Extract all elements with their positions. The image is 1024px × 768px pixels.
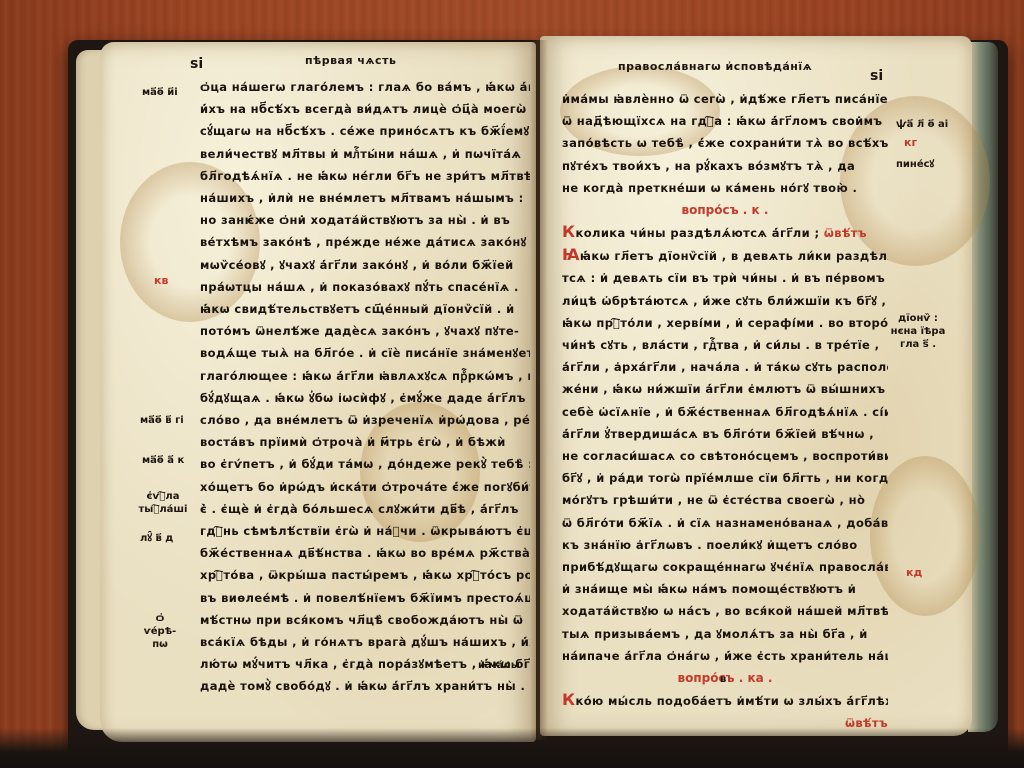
text-line: бг҃ꙋ , и҆ ра́ди тогѡ̀ прїе́млше сїи бл҃г… [562, 467, 888, 489]
margin-reference: ѻ҆ ѵе́рѣ- пѡ [140, 612, 180, 651]
text-line: пꙋте́хъ твои́хъ , на рꙋ́кахъ во́змꙋтъ тѧ… [562, 155, 888, 177]
text-line: на́шихъ , и҆лѝ не вне́млетъ мл҃твамъ на́… [200, 187, 530, 209]
margin-reference: ма҃ѳ҃ а҃ к [142, 454, 184, 467]
text-line: бл҃годѣѧ́нїѧ . не ꙗ҆́кѡ не́гли бг҃ъ не з… [200, 165, 530, 187]
text-line: глаго́лющее : ꙗ҆́кѡ а҆́гг҃ли ꙗ҆влѧхꙋсѧ п… [200, 365, 530, 387]
text-line: и҆ма́мы ꙗ҆влѐнно ѿ сегѡ̀ , и҆дѣ́же гл҃ет… [562, 88, 888, 110]
text-line: дадѐ томꙋ̀ свобо́дꙋ . и҆ ꙗ҆́кѡ а҆́гг҃лъ … [200, 675, 530, 697]
margin-reference: є҆ѵⷢ҇ла тыⷬ҇ла́ші [136, 490, 190, 516]
text-line: мѣ́стнѡ при вся́комъ чл҃цѣ̀ свобожда́ютъ… [200, 609, 530, 631]
text-line: во є҆гѵ́петъ , и҆ бꙋ́ди та́мѡ , до́ндеже… [200, 453, 530, 475]
text-line: вса́кїѧ бѣды , и҆ го́нѧтъ врага̀ дꙋ́шъ н… [200, 631, 530, 653]
text-line: бж҃е́ственнаѧ дв҃ѣ́нства . ꙗ҆́кѡ во вре́… [200, 542, 530, 564]
text-line: є҆̀ . є҆щѐ и҆ є҆гда̀ бо́льшесѧ слꙋжи́ти … [200, 498, 530, 520]
right-text-block: и҆ма́мы ꙗ҆влѐнно ѿ сегѡ̀ , и҆дѣ́же гл҃ет… [562, 88, 888, 734]
signature-mark: в [720, 674, 726, 685]
margin-reference: ѱа҃ л҃ ѳ҃ аі [896, 118, 948, 131]
red-initial: К [562, 222, 575, 241]
text-line: но занѥ́же ѻ҆ни̇ ходата́йствꙋютъ за ны̀ … [200, 209, 530, 231]
text-line: тсѧ : и҆ девѧть сїи въ трѝ чи́ны . и҆ въ… [562, 267, 888, 289]
margin-reference-red: кд [906, 566, 922, 579]
text-line: Кколика чи́ны раздѣлѧ́ютсѧ а҆́гг҃ли ; ѿв… [562, 221, 888, 244]
text-line: воста́въ прїимѝ ѻ҆троча̀ и҆ м҃трь є҆гѡ̀ … [200, 431, 530, 453]
text-line: ѿ бл҃го́ти бж҃їѧ . и҆ сїѧ назнамено́вана… [562, 512, 888, 534]
text-line: ѿ над҃ѣющїхсѧ на гдⷭ҇а : ꙗ҆́кѡ а҆́гг҃лом… [562, 110, 888, 132]
text-line: сло́во , да вне́млетъ ѿ и҆зреченїѧ и҆рѡ́… [200, 409, 530, 431]
margin-reference: ма҃ѳ҃ и҃і [142, 86, 178, 99]
text-line: ходата́йствꙋю ѡ на́съ , во вся́кой на́ше… [562, 600, 888, 622]
text-line: ѻ҆ца на́шегѡ глаго́лемъ : глаѧ бо ва́мъ … [200, 76, 530, 98]
text-line: пото́мъ ѿнелѣ́же дадѐсѧ зако́нъ , ꙋчахꙋ … [200, 320, 530, 342]
running-head: пѣрвая чѧсть [305, 54, 396, 67]
text-line: Кко́ю мы́сль подоба́етъ и҆мѣ́ти ѡ злы́хъ… [562, 689, 888, 712]
question-number: к [752, 203, 760, 217]
folio-number: ѕі [870, 68, 883, 84]
margin-reference: лꙋ̑ в҃ д [140, 532, 173, 545]
book-gutter [530, 40, 548, 740]
text-line: ꙗ҆́кѡ прⷭ҇то́ли , херві́ми , и҆ серафі́м… [562, 312, 888, 334]
text-line: мо́гꙋтъ грѣши́ти , не ѿ є҆сте́ства своег… [562, 489, 888, 511]
margin-reference: пине́сꙋ [896, 158, 934, 171]
margin-reference-red: кг [904, 136, 917, 149]
text-line: тыѧ призыва́емъ , да ꙋмолѧ́тъ за ны̀ бг҃… [562, 623, 888, 645]
catchword: и҆ ма́лы [478, 660, 520, 671]
text-line: Ꙗꙗ҆́кѡ гл҃етъ дїонѷсїй , в девѧть ли́ки … [562, 244, 888, 267]
text-line: а҆́гг҃ли , а҆рха́гг҃ли , нача́ла . и҆ та… [562, 356, 888, 378]
question-number: ка [748, 671, 764, 685]
text-line: же́ни , ꙗ҆́кѡ ни́жшїи а҆́гг҃ли є҆млютъ ѿ… [562, 378, 888, 400]
running-head: правосла́внагѡ и҆сповѣда́нїѧ [618, 60, 812, 73]
text-line: мѡѷсе́овꙋ , ꙋчахꙋ а҆́гг҃ли зако́нꙋ , и҆ … [200, 254, 530, 276]
text-line: себѐ ѡ҆сїѧнїе , и҆ бж҃е́ственнаѧ бл҃годѣ… [562, 401, 888, 423]
margin-reference: ма҃ѳ҃ в҃ гі [140, 414, 184, 427]
red-initial: К [562, 690, 575, 709]
text-line: чи́нѣ сꙋть , вла́сти , гдⷭ҇тва , и҆ си́л… [562, 334, 888, 356]
text-line: запо́вѣсть ѡ тебѣ̀ , є҆́же сохрани́ти тѧ… [562, 132, 888, 154]
text-line: бꙋ́дꙋщаѧ . ꙗ҆́кѡ ꙋ҆бѡ і҆ѡсѝфꙋ , є҆мꙋ́же … [200, 387, 530, 409]
text-line: ве́тхѣмъ зако́нѣ , пре́жде не́же да́тисѧ… [200, 231, 530, 253]
margin-reference-red: кв [154, 274, 168, 287]
text-line: хо́щетъ бо и҆рѡ́дъ и҆ска́ти ѻ҆троча́те є… [200, 476, 530, 498]
text-line: пра́ѡтцы на́шѧ , и҆ показо́вахꙋ пꙋ́ть сп… [200, 276, 530, 298]
folio-number: ѕі [190, 56, 203, 72]
text-line: въ виѳлее́мѣ . и҆ повелѣ́нїемъ бж҃їимъ п… [200, 587, 530, 609]
margin-reference: дїонѷ : нєна їѣра гла ѕ҃ . [890, 312, 946, 351]
question-heading: вопро́съ . к . [562, 199, 888, 221]
text-line: водѧ́ще тыѧ̀ на бл҃го́е . и҆ сїѐ писа́нї… [200, 342, 530, 364]
right-page: правосла́внагѡ и҆сповѣда́нїѧ ѕі и҆ма́мы … [540, 36, 972, 736]
text-line: не когда̀ преткне́ши ѡ ка́мень но́гꙋ тво… [562, 177, 888, 199]
text-line: ли́цѣ ѡ҆брѣта́ютсѧ , и҆́же сꙋть бли́жшїи… [562, 290, 888, 312]
text-line: хрⷭ҇то́ва , ѿкры́ша пасты́ремъ , ꙗ҆́кѡ х… [200, 564, 530, 586]
text-line: не согласи́шасѧ со свѣтоно́сцемъ , воспр… [562, 445, 888, 467]
text-line: и҆ зна́ище мы̀ ꙗ҆́кѡ на́мъ помоще́ствꙋют… [562, 578, 888, 600]
text-line: къ зна́нїю а҆гг҃лѡвъ . поели́кꙋ и҆щетъ с… [562, 534, 888, 556]
text-line: на́ипаче а҆́гг҃ла ѻ҆на́гѡ , и҆́же є҆сть … [562, 645, 888, 667]
text-line: сꙋ́щагѡ на нб҃сѣ́хъ . се́же прино́сѧтъ к… [200, 120, 530, 142]
text-line: прибѣ́дꙋщагѡ сокраще́ннагѡ ꙋчє́нїѧ право… [562, 556, 888, 578]
left-page: ѕі пѣрвая чѧсть ѻ҆ца на́шегѡ глаго́лемъ … [100, 42, 536, 742]
text-line: и҆́хъ на нб҃сѣ́хъ всегда̀ ви́дѧтъ лицѐ ѻ… [200, 98, 530, 120]
red-initial: Ꙗ [562, 245, 580, 264]
question-label: вопро́съ [682, 203, 739, 217]
table-shadow [0, 728, 1024, 768]
left-text-block: ѻ҆ца на́шегѡ глаго́лемъ : глаѧ бо ва́мъ … [200, 76, 530, 698]
text-line: а҆́гг҃ли ꙋ҆твердиша́сѧ въ бл҃го́ти бж҃їе… [562, 423, 888, 445]
text-line: ꙗ҆́кѡ свидѣ́тельствꙋетъ сщ҃е́нный дїонѷс… [200, 298, 530, 320]
text-line: гдⷭ҇нь сѣмѣлѣ́ствїи є҆гѡ̀ и҆ на́ꙋчи . ѿк… [200, 520, 530, 542]
text-line: вели́чествꙋ мл҃твы и҆ млⷭ҇ты́ни на́шѧ , … [200, 143, 530, 165]
